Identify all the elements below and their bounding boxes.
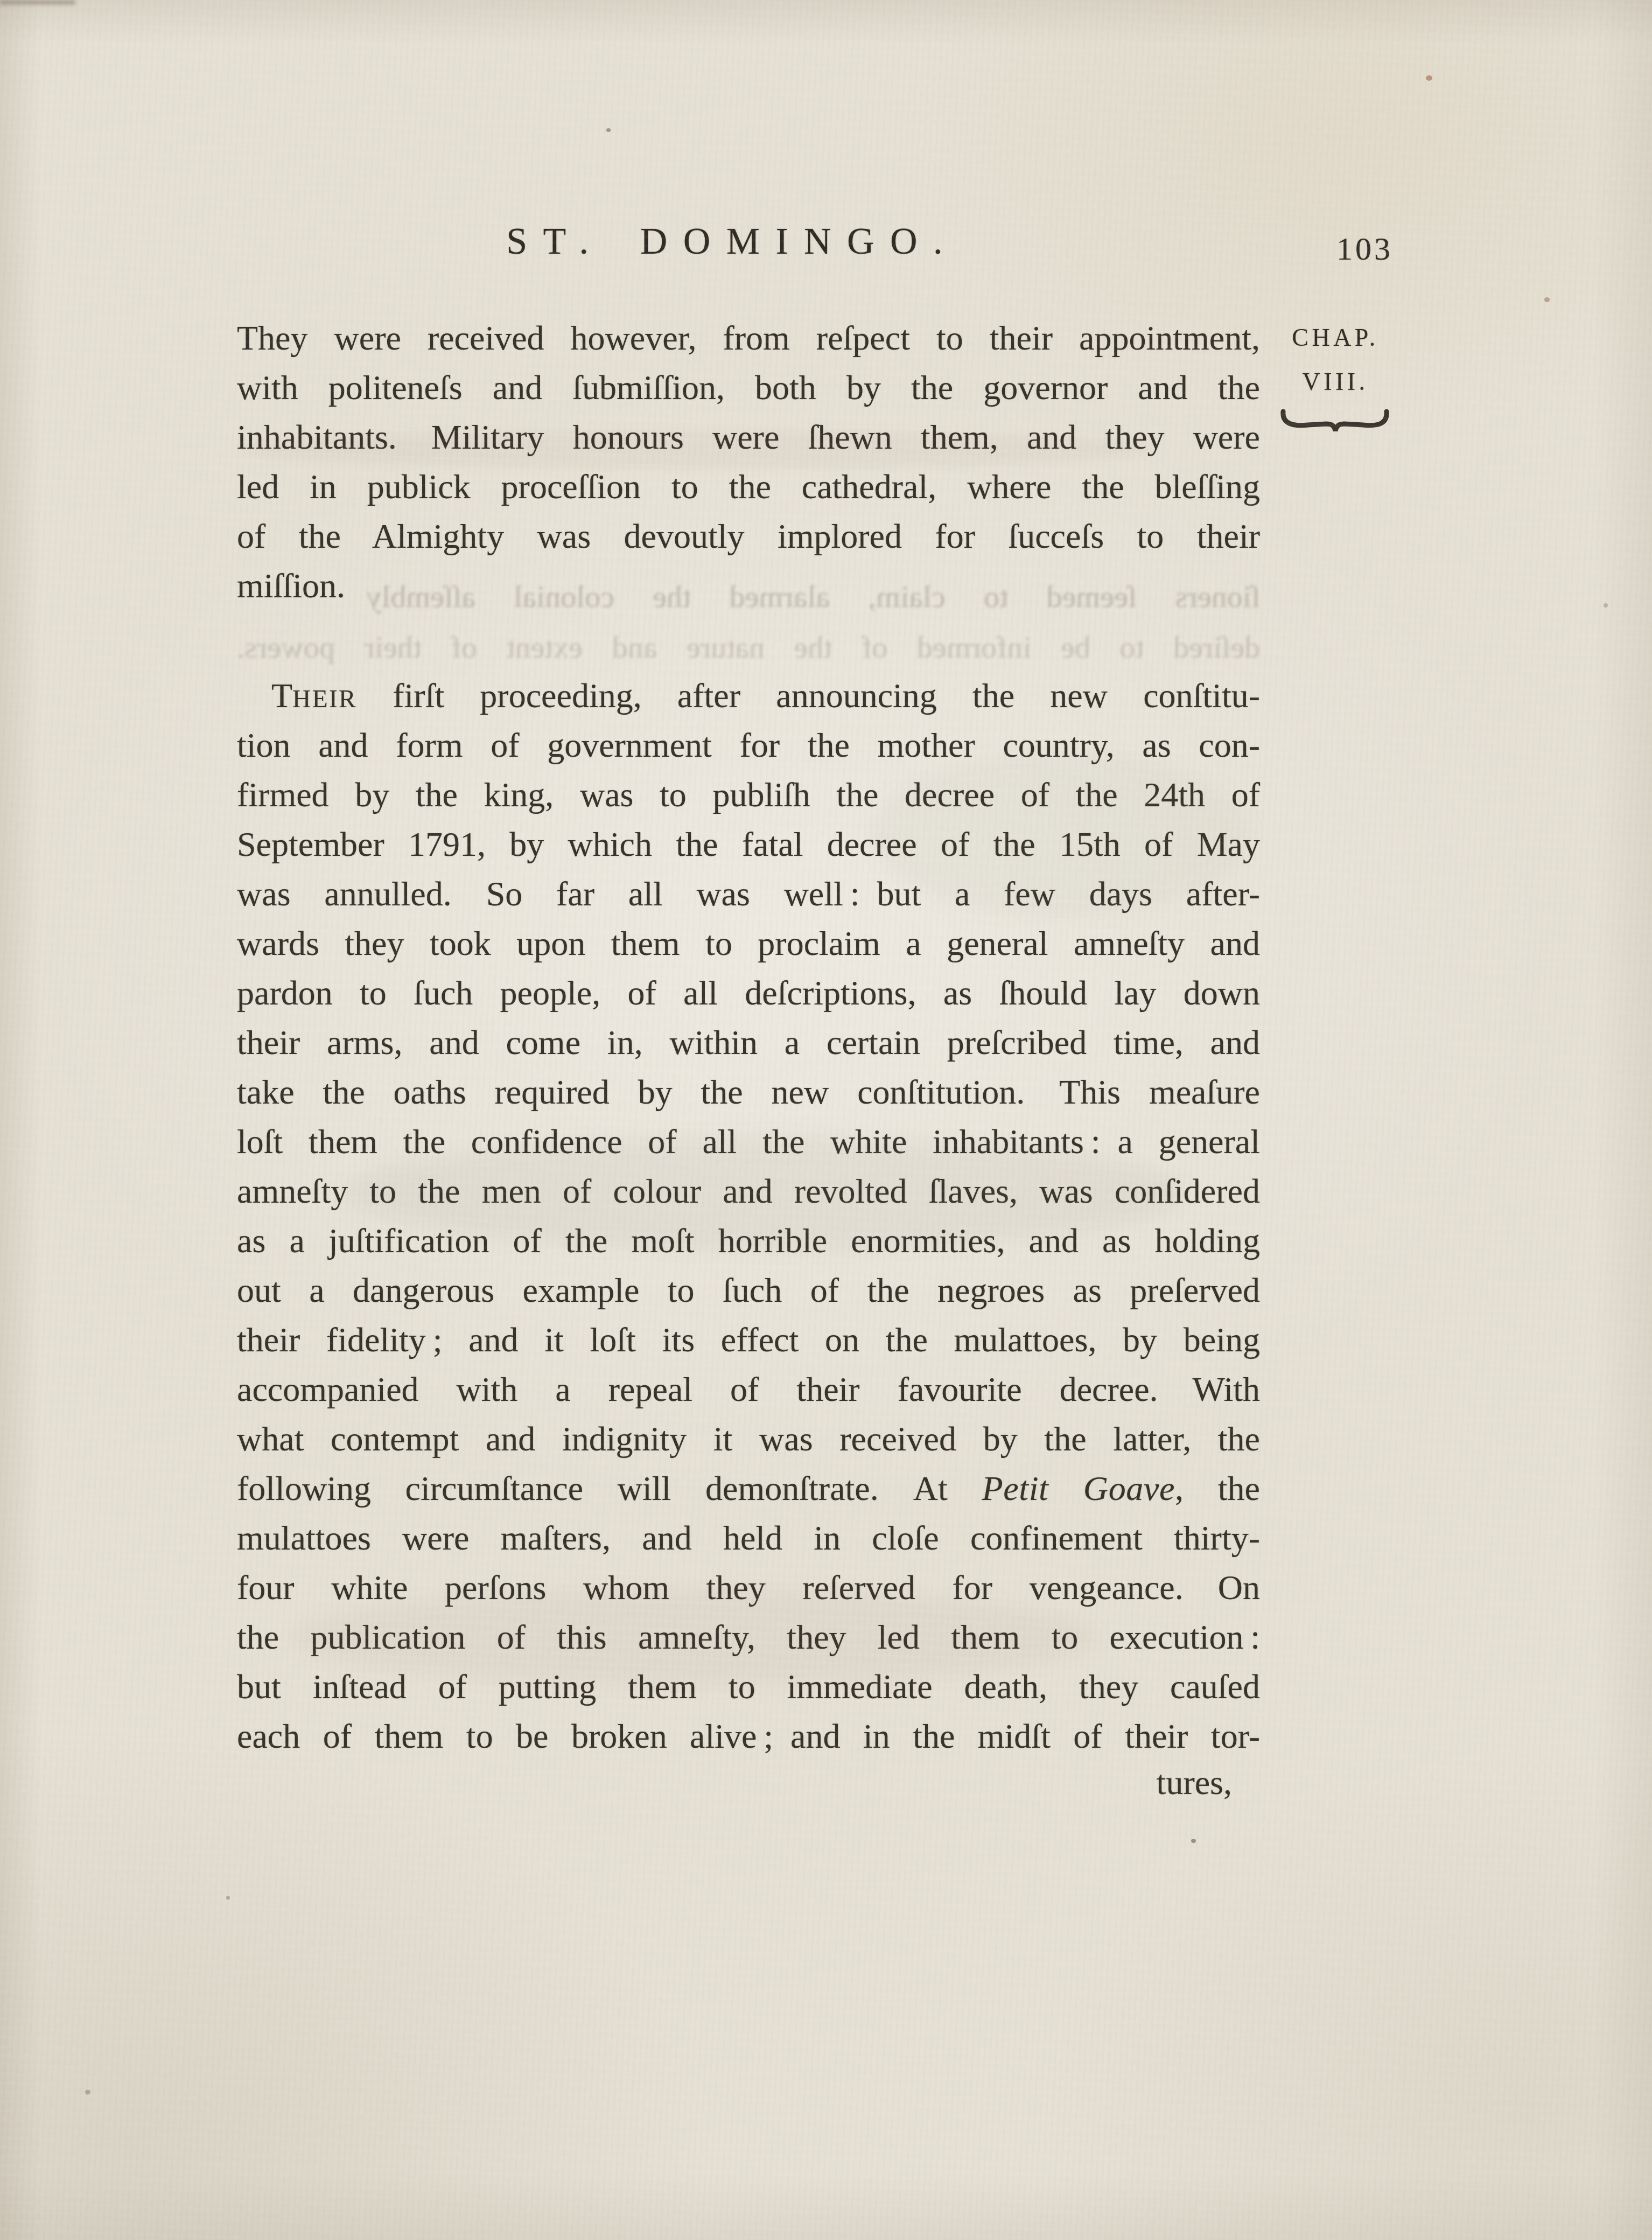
text-line: firmed by the king, was to publiſh the d… bbox=[237, 770, 1260, 820]
paper-speck bbox=[1604, 603, 1608, 608]
text-line: out a dangerous example to ſuch of the n… bbox=[237, 1266, 1260, 1315]
text-line: of the Almighty was devoutly implored fo… bbox=[237, 512, 1260, 561]
text-line: led in publick proceſſion to the cathedr… bbox=[237, 462, 1260, 512]
paragraph: THEIR firſt proceeding, after announcing… bbox=[237, 671, 1260, 1761]
text-line: four white perſons whom they reſerved fo… bbox=[237, 1563, 1260, 1613]
text-line: September 1791, by which the fatal decre… bbox=[237, 820, 1260, 869]
chapter-sidenote: CHAP. VIII. bbox=[1275, 316, 1396, 435]
text-line: tion and form of government for the moth… bbox=[237, 721, 1260, 770]
text-line: miſſion. bbox=[237, 561, 1260, 611]
text-line: the publication of this amneſty, they le… bbox=[237, 1613, 1260, 1662]
text-line: THEIR firſt proceeding, after announcing… bbox=[237, 671, 1260, 721]
paper-speck bbox=[606, 128, 611, 132]
text-line: as a juſtification of the moſt horrible … bbox=[237, 1216, 1260, 1266]
text-line: loſt them the confidence of all the whit… bbox=[237, 1117, 1260, 1167]
chapter-label: CHAP. bbox=[1275, 316, 1396, 360]
text-line: following circumſtance will demonſtrate.… bbox=[237, 1464, 1260, 1513]
text-line: their arms, and come in, within a certai… bbox=[237, 1018, 1260, 1067]
text-line: They were received however, from reſpect… bbox=[237, 313, 1260, 363]
book-page-scan: ST. DOMINGO. 103 CHAP. VIII. ſioners ſee… bbox=[0, 0, 1652, 2240]
text-line: accompanied with a repeal of their favou… bbox=[237, 1365, 1260, 1414]
paragraph: They were received however, from reſpect… bbox=[237, 313, 1260, 611]
text-line: was annulled. So far all was well : but … bbox=[237, 869, 1260, 919]
text-line: amneſty to the men of colour and revolte… bbox=[237, 1167, 1260, 1216]
text-line: their fidelity ; and it loſt its effect … bbox=[237, 1315, 1260, 1365]
running-header: ST. DOMINGO. bbox=[0, 223, 1465, 261]
body-text: They were received however, from reſpect… bbox=[237, 313, 1260, 1761]
brace-icon bbox=[1280, 407, 1391, 435]
text-line: mulattoes were maſters, and held in cloſ… bbox=[237, 1513, 1260, 1563]
paper-speck bbox=[1191, 1839, 1196, 1843]
text-line: pardon to ſuch people, of all deſcriptio… bbox=[237, 968, 1260, 1018]
text-line: with politeneſs and ſubmiſſion, both by … bbox=[237, 363, 1260, 413]
chapter-number: VIII. bbox=[1275, 360, 1396, 404]
text-line: each of them to be broken alive ; and in… bbox=[237, 1712, 1260, 1761]
paper-speck bbox=[226, 1896, 230, 1900]
text-line: inhabitants. Military honours were ſhewn… bbox=[237, 413, 1260, 462]
text-line: take the oaths required by the new conſt… bbox=[237, 1067, 1260, 1117]
page-edge-shadow bbox=[0, 0, 75, 5]
text-line: wards they took upon them to proclaim a … bbox=[237, 919, 1260, 968]
text-line: but inſtead of putting them to immediate… bbox=[237, 1662, 1260, 1712]
paper-speck bbox=[1426, 75, 1432, 81]
page-number: 103 bbox=[1336, 233, 1393, 265]
text-line: what contempt and indignity it was recei… bbox=[237, 1414, 1260, 1464]
paper-speck bbox=[85, 2090, 90, 2095]
catchword: tures, bbox=[1157, 1766, 1232, 1800]
paper-speck bbox=[1544, 297, 1550, 302]
